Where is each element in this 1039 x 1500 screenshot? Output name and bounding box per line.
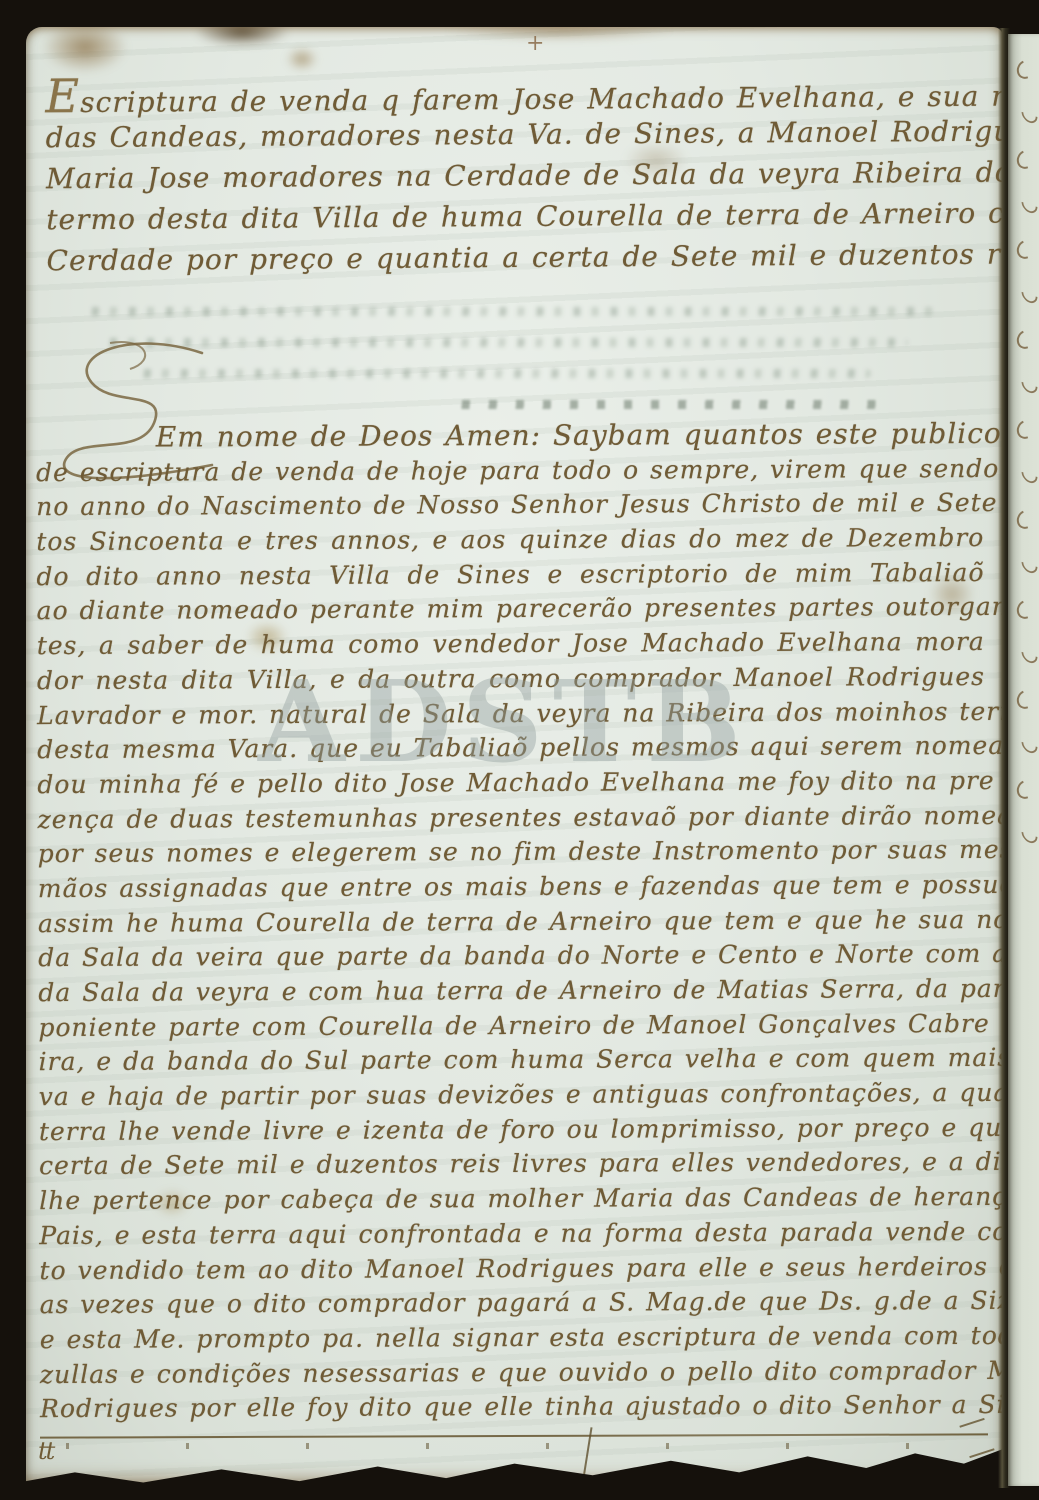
body-line: va e haja de partir por suas devizões e … [39,1076,987,1115]
stain [194,27,290,47]
header-line: das Candeas, moradores nesta Va. de Sine… [46,111,978,159]
closing-rule-dots [66,1443,926,1449]
ink-fragment [1018,823,1039,846]
body-line: Rodrigues por elle foy dito que elle tin… [40,1388,988,1427]
ink-fragment [1018,373,1039,396]
body-line: no anno do Nascimento de Nosso Senhor Je… [36,486,984,525]
body-line: Lavrador e mor. natural de Sala da veyra… [37,694,985,733]
stain [42,27,128,73]
body-line: por seus nomes e elegerem se no fim dest… [38,833,986,872]
ink-fragment [1018,193,1039,216]
body-line: mãos assignadas que entre os mais bens e… [38,868,986,907]
body-line: tes, a saber de huma como vendedor Jose … [37,625,985,664]
header-line: termo desta dita Villa de huma Courella … [46,193,978,241]
body-line: e esta Me. prompto pa. nella signar esta… [40,1319,988,1358]
body-line: poniente parte com Courella de Arneiro d… [38,1007,986,1046]
ink-fragment [1018,463,1039,486]
body-line: da Sala da veira que parte da banda do N… [38,937,986,976]
body-line: certa de Sete mil e duzentos reis livres… [39,1145,987,1184]
body-line: desta mesma Vara. que eu Tabaliaõ pellos… [37,729,985,768]
scanned-manuscript: + Escriptura de venda q farem Jose Macha… [0,0,1039,1500]
cross-mark: + [526,31,544,56]
body-line: Em nome de Deos Amen: Saybam quantos est… [36,417,984,456]
ink-fragment [1014,57,1037,81]
body-line: ira, e da banda do Sul parte com huma Se… [39,1041,987,1080]
body-line: zença de duas testemunhas presentes esta… [37,798,985,837]
ink-fragment [1018,643,1039,666]
closing-end-strokes [959,1418,994,1458]
adjacent-page-edge [1008,34,1039,1486]
body-line: ao diante nomeado perante mim parecerão … [37,590,985,629]
ink-fragment [1014,687,1037,711]
ink-fragment [1014,147,1037,171]
header-line: Maria Jose moradores na Cerdade de Sala … [46,152,978,200]
deed-body-text: Em nome de Deos Amen: Saybam quantos est… [36,417,988,1427]
ink-fragment [1014,597,1037,621]
body-line: dor nesta dita Villa, e da outra como co… [37,660,985,699]
manuscript-page: + Escriptura de venda q farem Jose Macha… [26,27,1003,1484]
body-line: as vezes que o dito comprador pagará a S… [40,1284,988,1323]
body-line: assim he huma Courella de terra de Arnei… [38,903,986,942]
ink-fragment [1014,327,1037,351]
header-line: Cerdade por preço e quantia a certa de S… [46,234,978,282]
body-line: lhe pertence por cabeça de sua molher Ma… [39,1180,987,1219]
deed-abstract: Escriptura de venda q farem Jose Machado… [45,70,978,282]
body-line: zullas e condições nesessarias e que ouv… [40,1353,988,1392]
ink-fragment [1014,777,1037,801]
stain [444,27,674,41]
body-line: to vendido tem ao dito Manoel Rodrigues … [39,1249,987,1288]
ink-fragment [1018,283,1039,306]
body-line: do dito anno nesta Villa de Sines e escr… [36,556,984,595]
ink-fragment [1014,417,1037,441]
ink-fragment [1018,103,1039,126]
body-line: tos Sincoenta e tres annos, e aos quinze… [36,521,984,560]
body-line: terra lhe vende livre e izenta de foro o… [39,1111,987,1150]
footer-mark: tt [38,1437,53,1465]
closing-rule [40,1433,988,1438]
body-line: Pais, e esta terra aqui confrontada e na… [39,1215,987,1254]
body-line: da Sala da veyra e com hua terra de Arne… [38,972,986,1011]
body-line: dou minha fé e pello dito Jose Machado E… [37,764,985,803]
ink-fragment [1014,507,1037,531]
stain [286,47,318,71]
ink-fragment [1018,553,1039,576]
header-line: Escriptura de venda q farem Jose Machado… [45,70,977,118]
body-line: de escriptura de venda de hoje para todo… [36,452,984,491]
ink-fragment [1018,733,1039,756]
ink-fragment [1014,237,1037,261]
